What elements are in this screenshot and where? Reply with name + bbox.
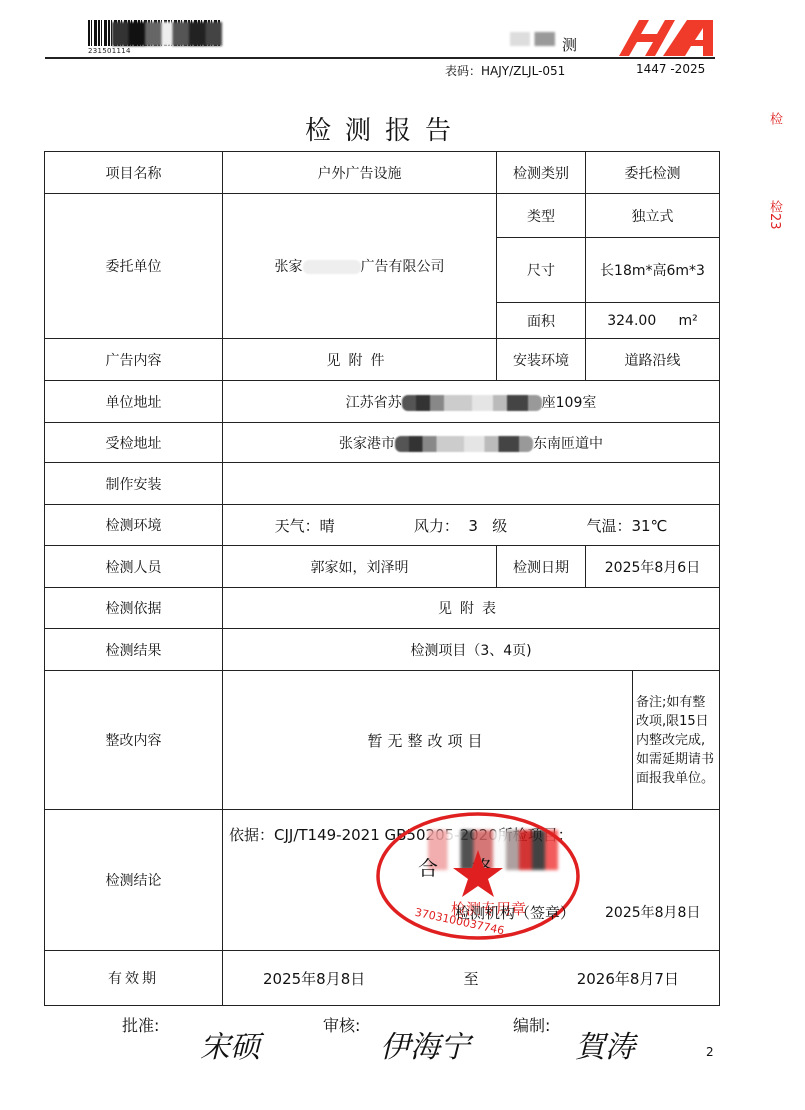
row-conclusion: 检测结论 依据：CJJ/T149-2021 GB50205-2020所检项目： … xyxy=(45,810,720,951)
weather: 天气：晴 xyxy=(275,515,335,536)
report-table: 项目名称 户外广告设施 检测类别 委托检测 委托单位 张家广告有限公司 类型 独… xyxy=(44,151,720,1006)
review-label: 审核: xyxy=(323,1013,360,1036)
row-project-name: 项目名称 户外广告设施 检测类别 委托检测 xyxy=(45,152,720,194)
label-unit-address: 单位地址 xyxy=(45,381,223,423)
label-conclusion: 检测结论 xyxy=(45,810,223,951)
value-area: 324.00 m² xyxy=(586,303,720,339)
value-manufacture xyxy=(223,463,720,505)
row-personnel: 检测人员 郭家如，刘泽明 检测日期 2025年8月6日 xyxy=(45,546,720,588)
row-manufacture: 制作安装 xyxy=(45,463,720,505)
org-name-suffix: 测 xyxy=(562,34,577,55)
row-unit-address: 单位地址 江苏省苏座109室 xyxy=(45,381,720,423)
compile-signature: 賀涛 xyxy=(575,1022,635,1066)
row-rectification: 整改内容 暂无整改项目 备注;如有整改项,限15日内整改完成,如需延期请书面报我… xyxy=(45,671,720,810)
temperature: 气温：31℃ xyxy=(586,515,667,536)
label-type: 类型 xyxy=(497,194,586,238)
value-project-name: 户外广告设施 xyxy=(223,152,497,194)
value-size: 长18m*高6m*3 xyxy=(586,238,720,303)
conclusion-date: 2025年8月8日 xyxy=(605,902,700,922)
value-result: 检测项目（3、4页) xyxy=(223,629,720,671)
validity-to-word: 至 xyxy=(463,968,478,989)
ha-logo-icon xyxy=(605,18,715,56)
document-title: 检测报告 xyxy=(0,110,770,147)
unit-address-suffix: 座109室 xyxy=(542,395,597,411)
label-personnel: 检测人员 xyxy=(45,546,223,588)
validity-to: 2026年8月7日 xyxy=(577,968,679,989)
row-validity: 有效期 2025年8月8日 至 2026年8月7日 xyxy=(45,951,720,1006)
label-environment: 检测环境 xyxy=(45,505,223,546)
label-area: 面积 xyxy=(497,303,586,339)
value-ad-content: 见附件 xyxy=(223,339,497,381)
org-name-redaction xyxy=(510,32,555,46)
row-basis: 检测依据 见附表 xyxy=(45,588,720,629)
compile-label: 编制: xyxy=(513,1013,550,1036)
area-number: 324.00 xyxy=(607,313,656,329)
label-result: 检测结果 xyxy=(45,629,223,671)
conclusion-signature-label: 检测机构（签章） xyxy=(455,902,575,923)
value-install-env: 道路沿线 xyxy=(586,339,720,381)
approve-signature: 宋硕 xyxy=(200,1022,260,1066)
row-client: 委托单位 张家广告有限公司 类型 独立式 xyxy=(45,194,720,238)
row-ad-content: 广告内容 见附件 安装环境 道路沿线 xyxy=(45,339,720,381)
value-rectification: 暂无整改项目 xyxy=(223,671,633,810)
side-seal-fragment-top: 检 xyxy=(765,112,784,125)
value-environment: 天气：晴 风力： 3 级 气温：31℃ xyxy=(223,505,720,546)
label-inspected-address: 受检地址 xyxy=(45,423,223,463)
rectification-remark: 备注;如有整改项,限15日内整改完成,如需延期请书面报我单位。 xyxy=(633,671,720,810)
client-prefix: 张家 xyxy=(275,259,303,275)
label-manufacture: 制作安装 xyxy=(45,463,223,505)
value-type: 独立式 xyxy=(586,194,720,238)
client-suffix: 广告有限公司 xyxy=(361,259,445,275)
label-ad-content: 广告内容 xyxy=(45,339,223,381)
value-client: 张家广告有限公司 xyxy=(223,194,497,339)
barcode-number: 231501114 xyxy=(88,47,131,55)
label-client: 委托单位 xyxy=(45,194,223,339)
label-validity: 有效期 xyxy=(45,951,223,1006)
label-rectification: 整改内容 xyxy=(45,671,223,810)
value-unit-address: 江苏省苏座109室 xyxy=(223,381,720,423)
inspected-address-prefix: 张家港市 xyxy=(339,436,395,452)
client-redaction xyxy=(303,260,361,274)
value-validity: 2025年8月8日 至 2026年8月7日 xyxy=(223,951,720,1006)
label-basis: 检测依据 xyxy=(45,588,223,629)
label-inspection-date: 检测日期 xyxy=(497,546,586,588)
form-code: 表码：HAJY/ZLJL-051 xyxy=(445,62,565,79)
barcode-redaction xyxy=(112,22,222,46)
row-result: 检测结果 检测项目（3、4页) xyxy=(45,629,720,671)
inspected-address-redaction xyxy=(395,436,533,452)
area-unit: m² xyxy=(679,313,698,329)
value-inspected-address: 张家港市东南匝道中 xyxy=(223,423,720,463)
unit-address-prefix: 江苏省苏 xyxy=(346,395,402,411)
review-signature: 伊海宁 xyxy=(380,1022,470,1066)
label-size: 尺寸 xyxy=(497,238,586,303)
label-inspection-category: 检测类别 xyxy=(497,152,586,194)
value-basis: 见附表 xyxy=(223,588,720,629)
value-conclusion: 依据：CJJ/T149-2021 GB50205-2020所检项目： 合格 检测… xyxy=(223,810,720,951)
row-environment: 检测环境 天气：晴 风力： 3 级 气温：31℃ xyxy=(45,505,720,546)
approve-label: 批准: xyxy=(122,1013,159,1036)
inspected-address-suffix: 东南匝道中 xyxy=(533,436,603,452)
unit-address-redaction xyxy=(402,395,542,411)
wind: 风力： 3 级 xyxy=(414,515,507,536)
row-inspected-address: 受检地址 张家港市东南匝道中 xyxy=(45,423,720,463)
header-rule xyxy=(45,57,715,59)
side-seal-fragment-bottom: 检23 xyxy=(765,200,784,230)
validity-from: 2025年8月8日 xyxy=(263,968,365,989)
label-install-env: 安装环境 xyxy=(497,339,586,381)
conclusion-result: 合格 xyxy=(418,852,526,881)
label-project-name: 项目名称 xyxy=(45,152,223,194)
value-personnel: 郭家如，刘泽明 xyxy=(223,546,497,588)
value-inspection-date: 2025年8月6日 xyxy=(586,546,720,588)
report-serial: 1447 -2025 xyxy=(636,62,705,76)
page-number: 2 xyxy=(706,1045,714,1059)
value-inspection-category: 委托检测 xyxy=(586,152,720,194)
